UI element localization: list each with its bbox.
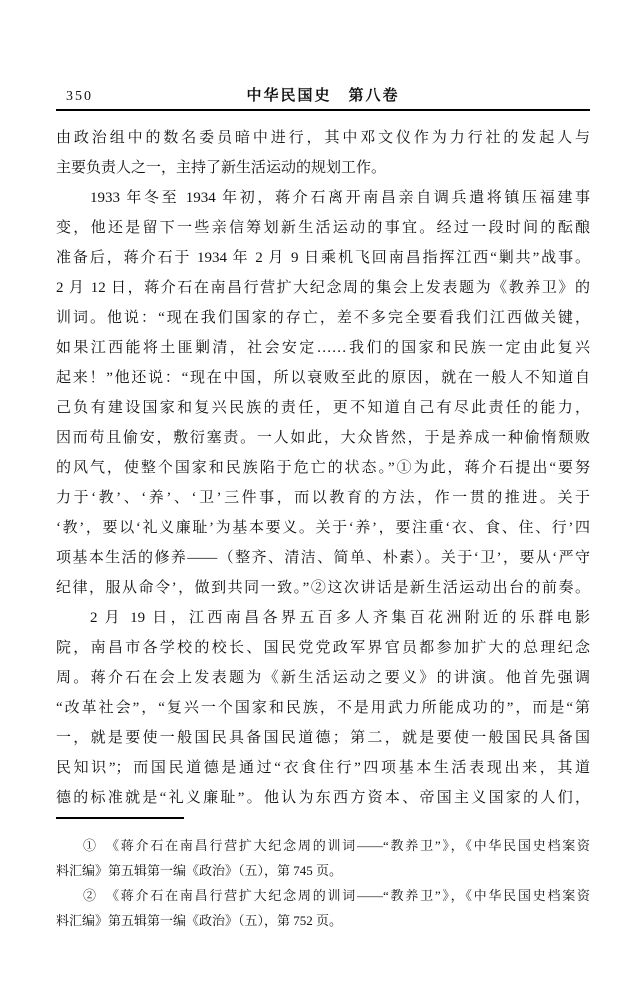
- body-text: 由政治组中的数名委员暗中进行，其中邓文仪作为力行社的发起人与 主要负责人之一，主…: [56, 123, 590, 813]
- text-line: “改革社会”，“复兴一个国家和民族，不是用武力所能成功的”，而是“第: [56, 693, 590, 723]
- text-line: 2 月 12 日，蒋介石在南昌行营扩大纪念周的集会上发表题为《教养卫》的: [56, 273, 590, 303]
- text-line: 如果江西能将土匪剿清，社会安定……我们的国家和民族一定由此复兴: [56, 333, 590, 363]
- text-line: 因而苟且偷安，敷衍塞责。一人如此，大众皆然，于是养成一种偷惰颓败: [56, 423, 590, 453]
- text-line: 民知识”；而国民道德是通过“衣食住行”四项基本生活表现出来，其道: [56, 753, 590, 783]
- text-line: 项基本生活的修养——（整齐、清洁、简单、朴素）。关于‘卫’，要从‘严守: [56, 543, 590, 573]
- text-line: 力于‘教’、‘养’、‘卫’三件事，而以教育的方法，作一贯的推进。关于: [56, 483, 590, 513]
- text-line: 1933 年冬至 1934 年初，蒋介石离开南昌亲自调兵遣将镇压福建事: [56, 183, 590, 213]
- footnote-line: ② 《蒋介石在南昌行营扩大纪念周的训词——“教养卫”》，《中华民国史档案资: [56, 883, 590, 908]
- text-line: 起来！”他还说：“现在中国，所以衰败至此的原因，就在一般人不知道自: [56, 363, 590, 393]
- footnote-1: ① 《蒋介石在南昌行营扩大纪念周的训词——“教养卫”》，《中华民国史档案资 料汇…: [56, 833, 590, 883]
- page-header: 350 中华民国史 第八卷: [56, 84, 590, 104]
- text-line: 己负有建设国家和复兴民族的责任，更不知道自己有尽此责任的能力，: [56, 393, 590, 423]
- text-line: ‘教’，要以‘礼义廉耻’为基本要义。关于‘养’，要注重‘衣、食、住、行’四: [56, 513, 590, 543]
- footnote-line: ① 《蒋介石在南昌行营扩大纪念周的训词——“教养卫”》，《中华民国史档案资: [56, 833, 590, 858]
- text-line: 的风气，使整个国家和民族陷于危亡的状态。”①为此，蒋介石提出“要努: [56, 453, 590, 483]
- footnotes: ① 《蒋介石在南昌行营扩大纪念周的训词——“教养卫”》，《中华民国史档案资 料汇…: [56, 833, 590, 933]
- book-page: 350 中华民国史 第八卷 由政治组中的数名委员暗中进行，其中邓文仪作为力行社的…: [0, 0, 644, 1000]
- text-line: 德的标准就是“礼义廉耻”。他认为东西方资本、帝国主义国家的人们，: [56, 783, 590, 813]
- text-line: 准备后，蒋介石于 1934 年 2 月 9 日乘机飞回南昌指挥江西“剿共”战事。: [56, 243, 590, 273]
- text-line: 纪律，服从命令’，做到共同一致。”②这次讲话是新生活运动出台的前奏。: [56, 573, 590, 603]
- text-line: 变，他还是留下一些亲信筹划新生活运动的事宜。经过一段时间的酝酿: [56, 213, 590, 243]
- footnote-line: 料汇编》第五辑第一编《政治》（五），第 752 页。: [56, 908, 590, 933]
- text-line: 周。蒋介石在会上发表题为《新生活运动之要义》的讲演。他首先强调: [56, 663, 590, 693]
- footnote-2: ② 《蒋介石在南昌行营扩大纪念周的训词——“教养卫”》，《中华民国史档案资 料汇…: [56, 883, 590, 933]
- text-line: 一，就是要使一般国民具备国民道德；第二，就是要使一般国民具备国: [56, 723, 590, 753]
- text-line: 2 月 19 日，江西南昌各界五百多人齐集百花洲附近的乐群电影: [56, 603, 590, 633]
- text-line: 院，南昌市各学校的校长、国民党党政军界官员都参加扩大的总理纪念: [56, 633, 590, 663]
- footnote-separator: [56, 817, 184, 819]
- header-rule: [56, 109, 590, 111]
- text-line: 主要负责人之一，主持了新生活运动的规划工作。: [56, 153, 590, 183]
- running-title: 中华民国史 第八卷: [246, 84, 399, 105]
- text-line: 由政治组中的数名委员暗中进行，其中邓文仪作为力行社的发起人与: [56, 123, 590, 153]
- page-number: 350: [56, 89, 93, 105]
- footnote-line: 料汇编》第五辑第一编《政治》（五），第 745 页。: [56, 858, 590, 883]
- text-line: 训词。他说：“现在我们国家的存亡，差不多完全要看我们江西做关键，: [56, 303, 590, 333]
